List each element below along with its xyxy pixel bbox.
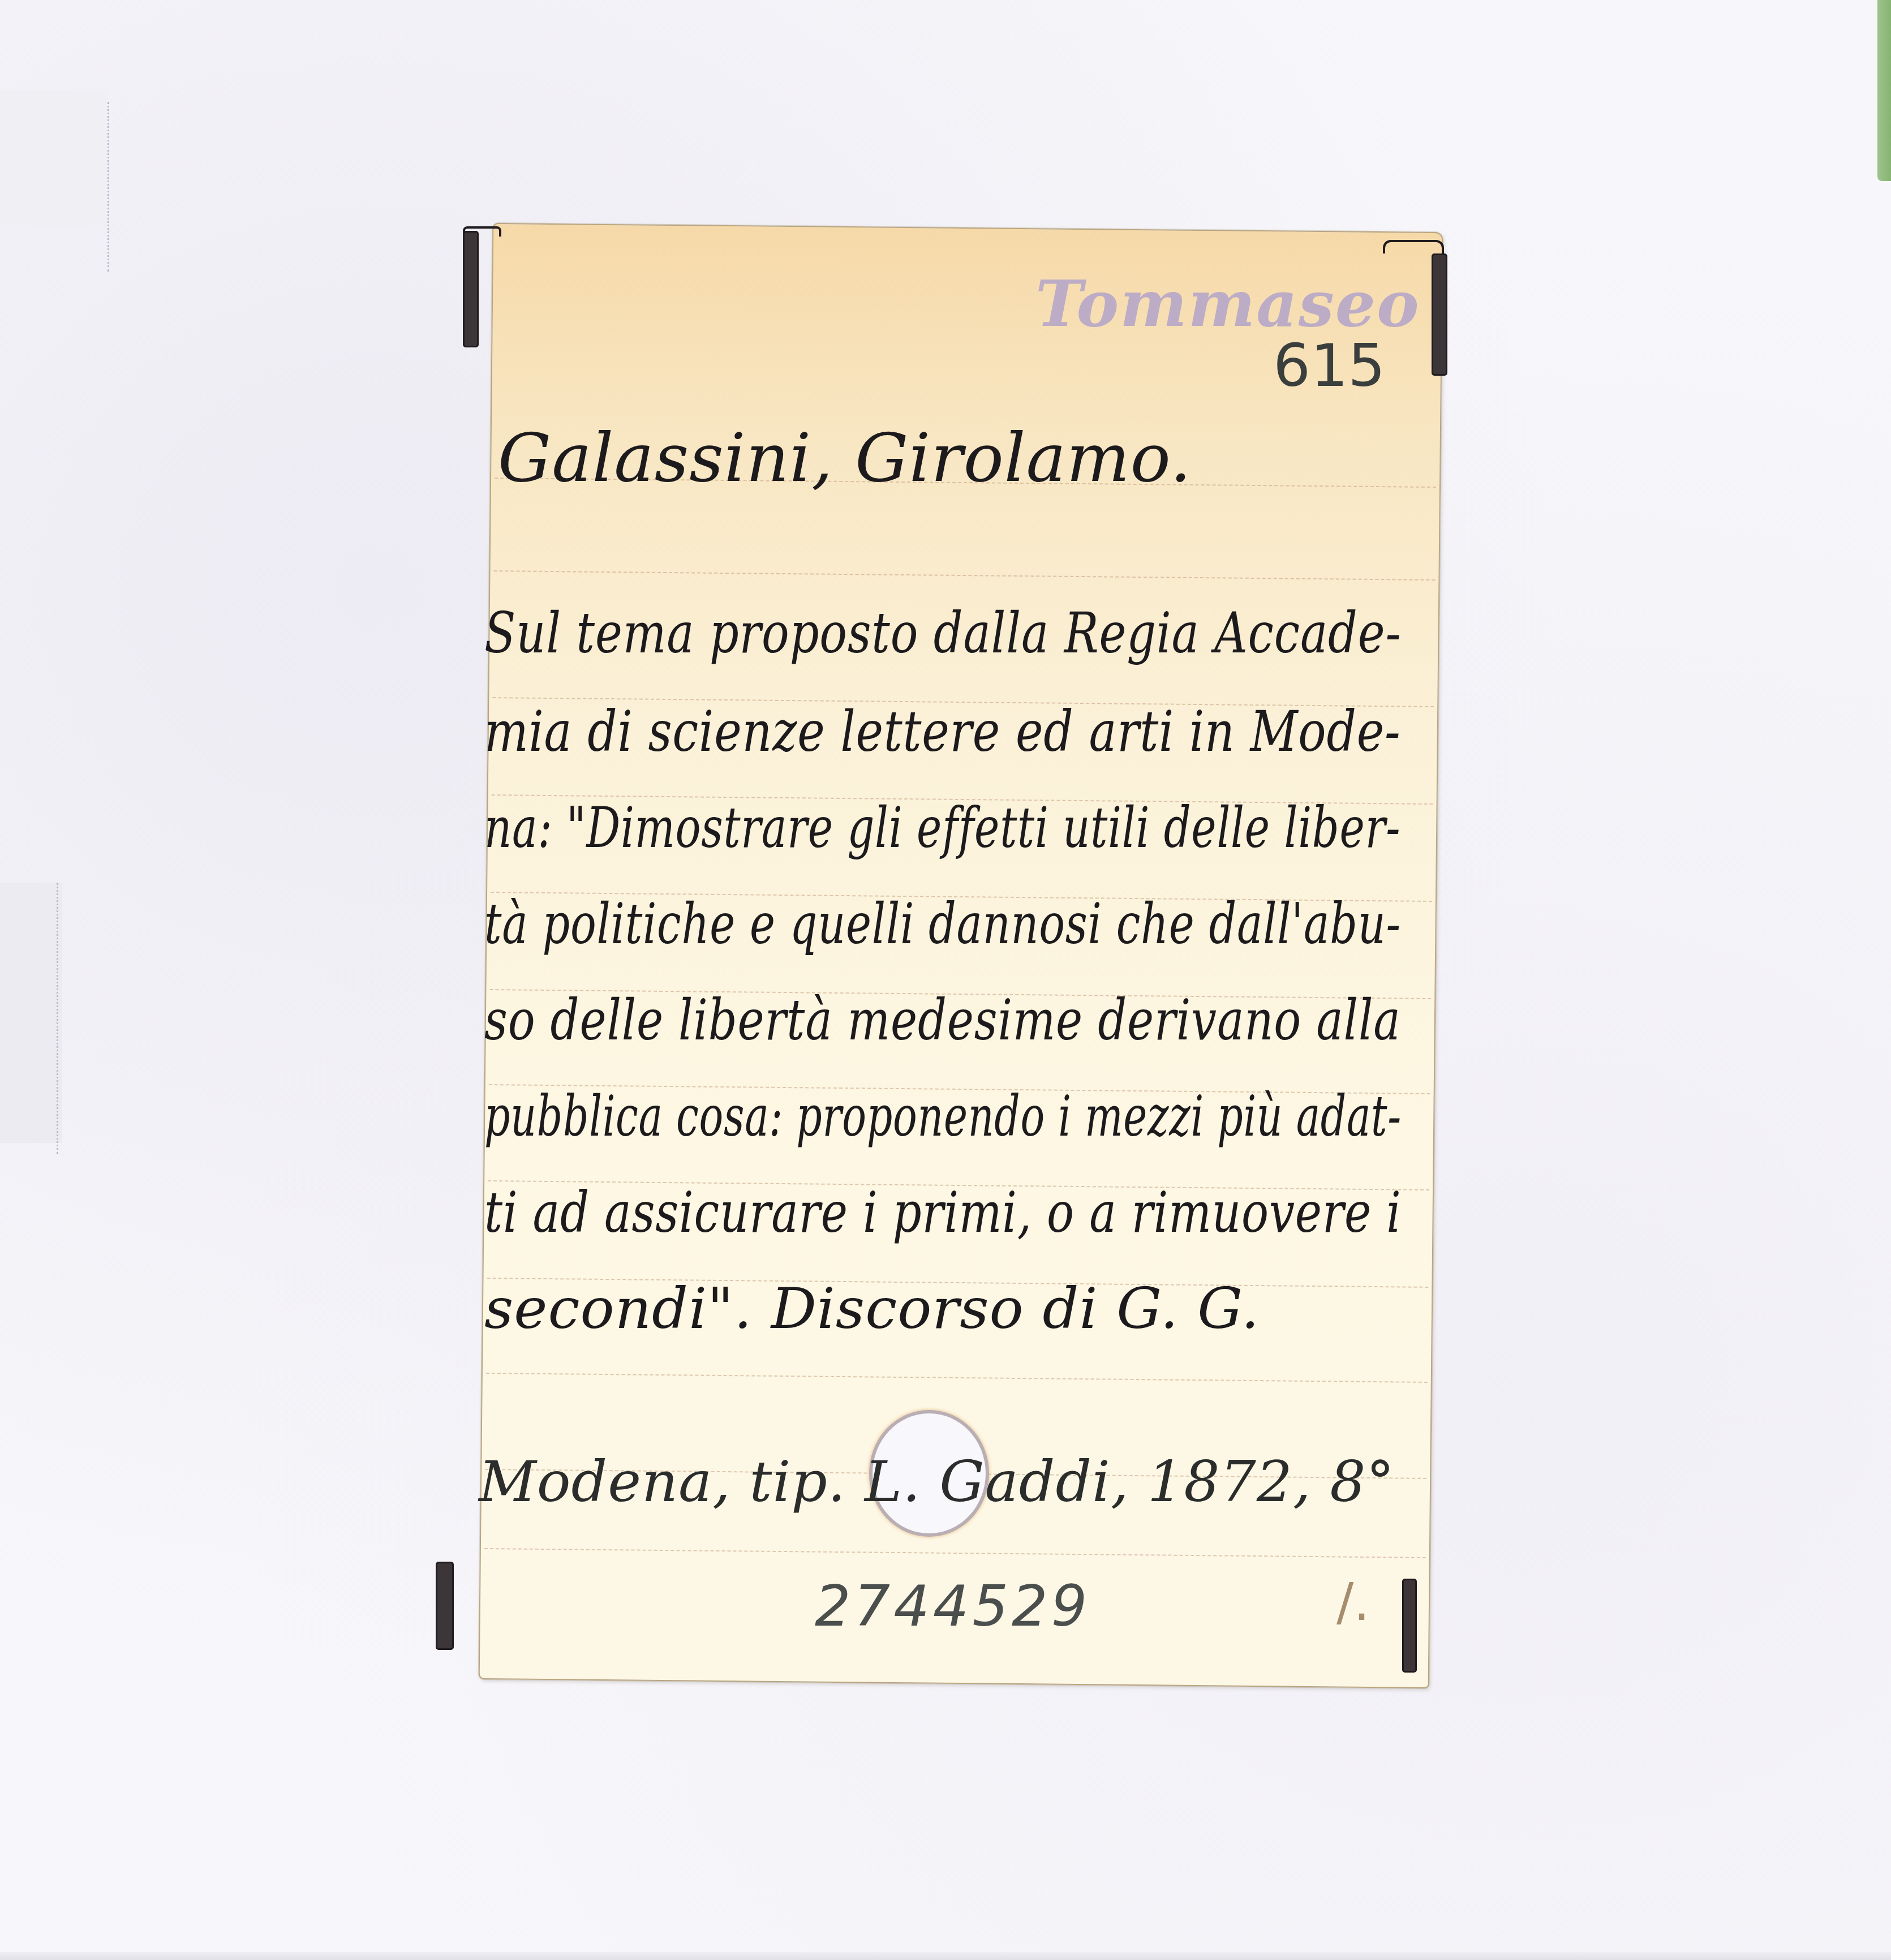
metal-clip-top-right [1383, 240, 1444, 253]
title-line: mia di scienze lettere ed arti in Mode- [484, 698, 1401, 764]
adjacent-sheet-edge [1877, 0, 1891, 181]
title-line: tà politiche e quelli dannosi che dall'a… [484, 891, 1401, 957]
perforation-edge [108, 102, 111, 272]
metal-clip-top-left [463, 231, 479, 347]
title-line: secondi". Discorso di G. G. [484, 1275, 1260, 1342]
perforation-edge [57, 883, 61, 1154]
metal-clip-bottom-left [436, 1562, 454, 1650]
check-mark: /. [1336, 1573, 1370, 1632]
title-line: Sul tema proposto dalla Regia Accade- [484, 600, 1402, 666]
collection-stamp: Tommaseo [1035, 267, 1420, 341]
imprint-line: Modena, tip. L. Gaddi, 1872, 8° [479, 1448, 1395, 1515]
bottom-edge [0, 1952, 1891, 1960]
metal-clip-top-right [1432, 253, 1447, 376]
title-line: pubblica cosa: proponendo i mezzi più ad… [484, 1083, 1402, 1149]
inventory-number: 2744529 [815, 1573, 1090, 1639]
shelfmark-number: 615 [1273, 331, 1386, 400]
title-line: ti ad assicurare i primi, o a rimuovere … [484, 1179, 1402, 1245]
title-line: so delle libertà medesime derivano alla [484, 987, 1400, 1053]
author-heading: Galassini, Girolamo. [498, 419, 1192, 497]
title-line: na: "Dimostrare gli effetti utili delle … [484, 794, 1400, 861]
mount-stain [0, 91, 108, 226]
metal-clip-bottom-right [1402, 1579, 1417, 1673]
mount-stain [0, 883, 62, 1143]
